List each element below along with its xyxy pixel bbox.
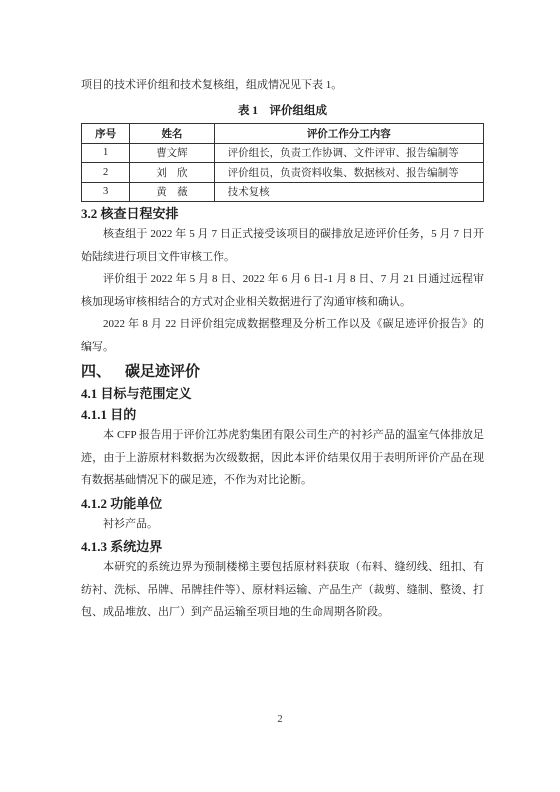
page-number: 2 (0, 714, 560, 725)
heading-4-1-1: 4.1.1 目的 (81, 405, 484, 424)
heading-4-1-3: 4.1.3 系统边界 (81, 537, 484, 556)
paragraph-schedule-3: 2022 年 8 月 22 日评价组完成数据整理及分析工作以及《碳足迹评价报告》… (81, 313, 484, 358)
cell-name: 黄 薇 (130, 182, 214, 202)
evaluation-team-table: 序号 姓名 评价工作分工内容 1 曹文辉 评价组长，负责工作协调、文件评审、报告… (81, 123, 484, 203)
cell-no: 2 (82, 163, 130, 183)
table-row: 3 黄 薇 技术复核 (82, 182, 484, 202)
cell-duty: 评价组员，负责资料收集、数据核对、报告编制等 (214, 163, 483, 183)
cell-duty: 评价组长，负责工作协调、文件评审、报告编制等 (214, 143, 483, 163)
page-content: 项目的技术评价组和技术复核组，组成情况见下表 1。 表 1 评价组组成 序号 姓… (81, 74, 484, 624)
heading-chapter-4: 四、碳足迹评价 (81, 362, 484, 382)
document-page: 项目的技术评价组和技术复核组，组成情况见下表 1。 表 1 评价组组成 序号 姓… (0, 0, 560, 792)
heading-4-1-2: 4.1.2 功能单位 (81, 494, 484, 513)
paragraph-schedule-2: 评价组于 2022 年 5 月 8 日、2022 年 6 月 6 日-1 月 8… (81, 268, 484, 313)
heading-4-1: 4.1 目标与范围定义 (81, 384, 484, 403)
intro-paragraph: 项目的技术评价组和技术复核组，组成情况见下表 1。 (81, 74, 484, 97)
cell-no: 1 (82, 143, 130, 163)
chapter-number: 四、 (81, 364, 111, 380)
heading-3-2: 3.2 核查日程安排 (81, 204, 484, 223)
cell-no: 3 (82, 182, 130, 202)
table-caption: 表 1 评价组组成 (81, 103, 484, 119)
table-header-row: 序号 姓名 评价工作分工内容 (82, 123, 484, 143)
table-row: 2 刘 欣 评价组员，负责资料收集、数据核对、报告编制等 (82, 163, 484, 183)
cell-name: 曹文辉 (130, 143, 214, 163)
cell-duty: 技术复核 (214, 182, 483, 202)
paragraph-schedule-1: 核查组于 2022 年 5 月 7 日正式接受该项目的碳排放足迹评价任务，5 月… (81, 223, 484, 268)
chapter-title: 碳足迹评价 (125, 364, 200, 380)
table-header-duty: 评价工作分工内容 (214, 123, 483, 143)
paragraph-purpose: 本 CFP 报告用于评价江苏虎豹集团有限公司生产的衬衫产品的温室气体排放足迹，由… (81, 424, 484, 492)
cell-name: 刘 欣 (130, 163, 214, 183)
table-header-no: 序号 (82, 123, 130, 143)
table-header-name: 姓名 (130, 123, 214, 143)
table-row: 1 曹文辉 评价组长，负责工作协调、文件评审、报告编制等 (82, 143, 484, 163)
paragraph-system-boundary: 本研究的系统边界为预制楼梯主要包括原材料获取（布料、缝纫线、纽扣、有纺衬、洗标、… (81, 556, 484, 624)
paragraph-functional-unit: 衬衫产品。 (81, 513, 484, 536)
